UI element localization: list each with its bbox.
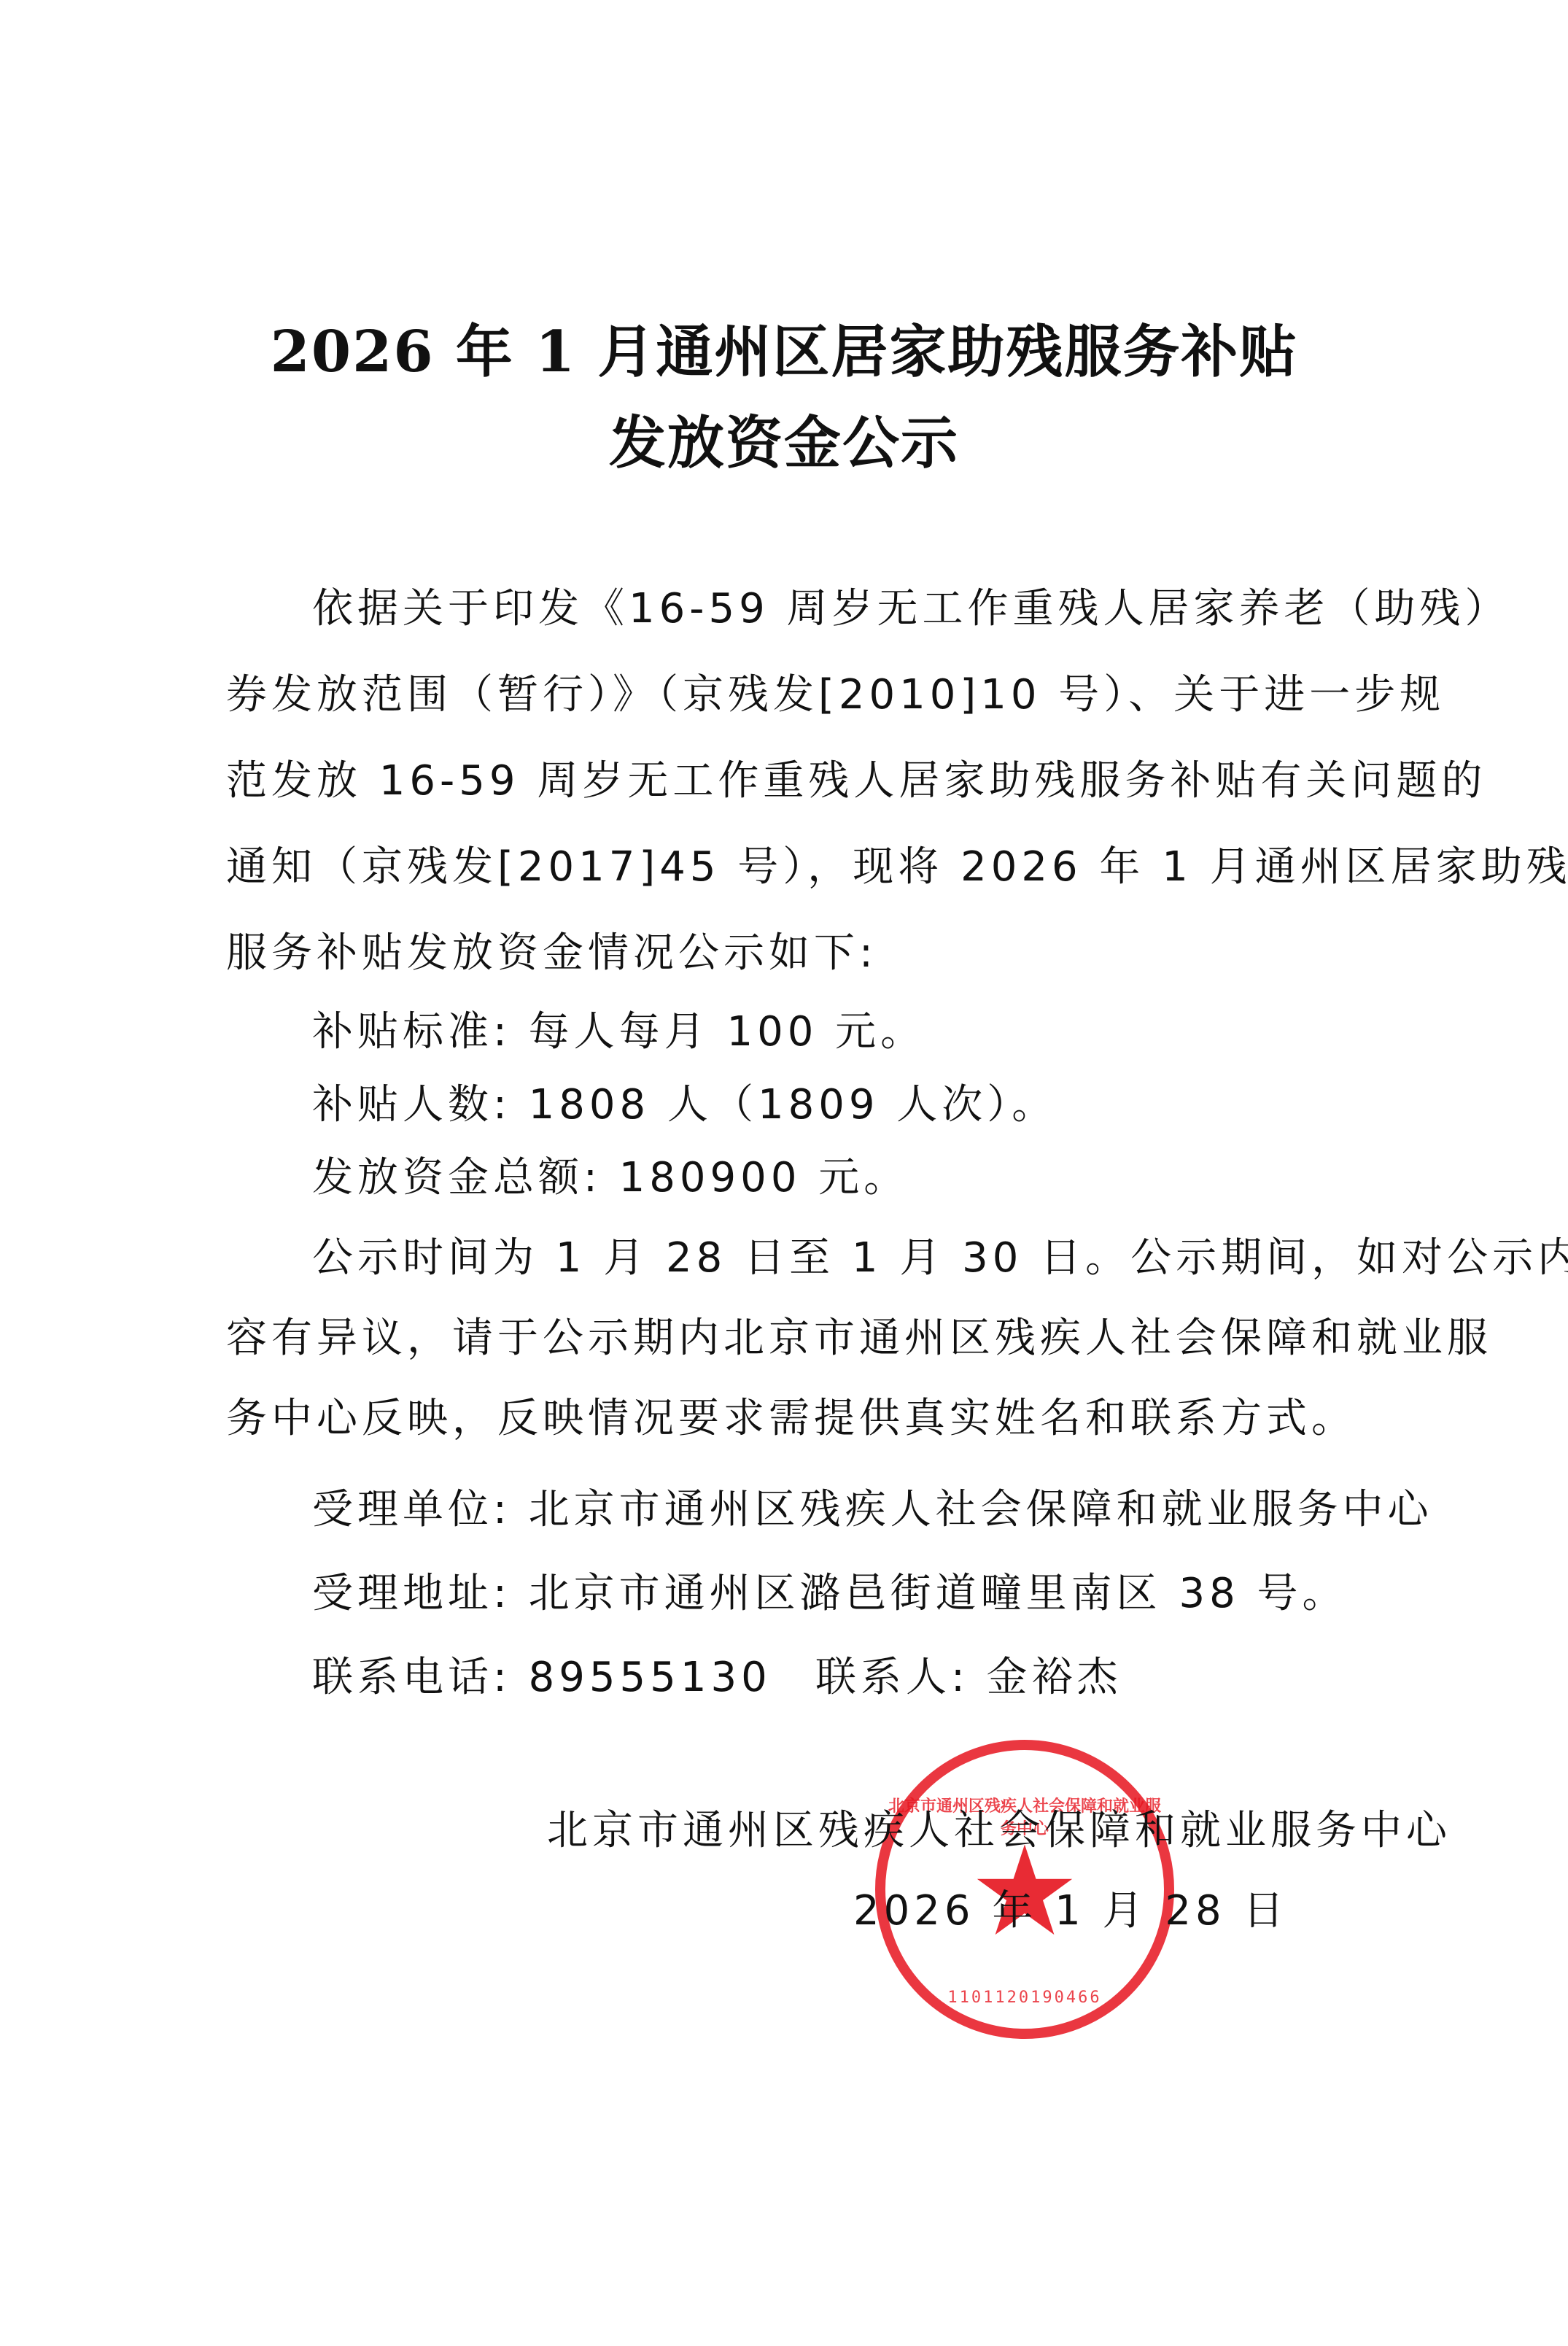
title-line-1: 2026 年 1 月通州区居家助残服务补贴 (0, 306, 1568, 388)
paragraph-1-line-2: 券发放范围（暂行）》（京残发[2010]10 号）、关于进一步规 (226, 662, 1400, 721)
paragraph-1-line-4: 通知（京残发[2017]45 号），现将 2026 年 1 月通州区居家助残 (226, 835, 1400, 893)
paragraph-1-line-3: 范发放 16-59 周岁无工作重残人居家助残服务补贴有关问题的 (226, 748, 1400, 807)
paragraph-2-line-2: 容有异议，请于公示期内北京市通州区残疾人社会保障和就业服 (226, 1306, 1400, 1364)
handling-unit: 受理单位: 北京市通州区残疾人社会保障和就业服务中心 (312, 1477, 1486, 1536)
paragraph-1-line-1: 依据关于印发《16-59 周岁无工作重残人居家养老（助残） (312, 576, 1486, 635)
subsidy-standard: 补贴标准: 每人每月 100 元。 (312, 999, 1486, 1058)
signature-date: 2026 年 1 月 28 日 (853, 1878, 1288, 1937)
total-amount: 发放资金总额: 180900 元。 (312, 1145, 1486, 1204)
signature-organization: 北京市通州区残疾人社会保障和就业服务中心 (547, 1798, 1451, 1857)
contact-person: 联系人: 金裕杰 (815, 1645, 1122, 1703)
handling-address: 受理地址: 北京市通州区潞邑街道疃里南区 38 号。 (312, 1561, 1486, 1619)
paragraph-2-line-3: 务中心反映，反映情况要求需提供真实姓名和联系方式。 (226, 1386, 1400, 1444)
paragraph-2-line-1: 公示时间为 1 月 28 日至 1 月 30 日。公示期间，如对公示内 (312, 1226, 1486, 1284)
paragraph-1-line-5: 服务补贴发放资金情况公示如下: (226, 921, 1400, 979)
title-line-2: 发放资金公示 (0, 398, 1568, 479)
seal-code: 1101120190466 (885, 1989, 1164, 2007)
subsidy-count: 补贴人数: 1808 人（1809 人次）。 (312, 1072, 1486, 1131)
